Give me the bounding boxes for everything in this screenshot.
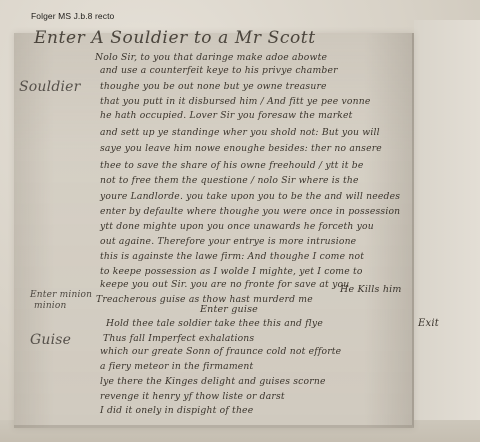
text-line-10: youre Landlorde. you take upon you to be… [100,191,400,202]
text-line-12: ytt done mighte upon you once unawards h… [100,221,374,232]
text-line-11: enter by defaulte where thoughe you were… [100,206,400,217]
text-line-7: saye you leave him nowe enoughe besides:… [100,143,382,154]
stage-direction-enter-minion: Enter minion [30,290,92,300]
scene-heading: Enter A Souldier to a Mr Scott [34,28,316,48]
page-margin [414,20,480,420]
text-line-6: and sett up ye standinge wher you shold … [100,127,380,138]
text-line-19: Thus fall Imperfect exhalations [103,333,254,344]
catalog-caption: Folger MS J.b.8 recto [31,11,114,21]
text-line-8: thee to save the share of his owne freeh… [100,160,363,171]
text-line-2: and use a counterfeit keye to his privye… [100,65,338,76]
text-line-22: lye there the Kinges delight and guises … [100,376,326,387]
text-line-5: he hath occupied. Lover Sir you foresaw … [100,110,353,121]
text-line-15: to keepe possession as I wolde I mighte,… [100,266,363,277]
text-line-14: this is againste the lawe firm: And thou… [100,251,364,262]
text-line-20: which our greate Sonn of fraunce cold no… [100,346,341,357]
stage-direction-enter-guise: Enter guise [200,304,258,315]
text-line-23: revenge it henry yf thow liste or darst [100,391,285,402]
stage-direction-he-kills-him: He Kills him [340,284,402,295]
text-line-1: Nolo Sir, to you that daringe make adoe … [95,52,327,63]
text-line-13: out againe. Therefore your entrye is mor… [100,236,356,247]
speaker-minion: minion [34,301,67,311]
stage-direction-exit: Exit [418,318,439,329]
speaker-souldier: Souldier [19,79,81,95]
text-line-3: thoughe you be out none but ye owne trea… [100,81,327,92]
text-line-18: Hold thee tale soldier take thee this an… [106,318,323,329]
text-line-4: that you putt in it disbursed him / And … [100,96,371,107]
speaker-guise: Guise [30,332,71,348]
text-line-9: not to free them the questione / nolo Si… [100,175,359,186]
text-line-16: keepe you out Sir. you are no fronte for… [100,279,349,290]
text-line-24: I did it onely in dispight of thee [100,405,253,416]
text-line-21: a fiery meteor in the firmament [100,361,253,372]
